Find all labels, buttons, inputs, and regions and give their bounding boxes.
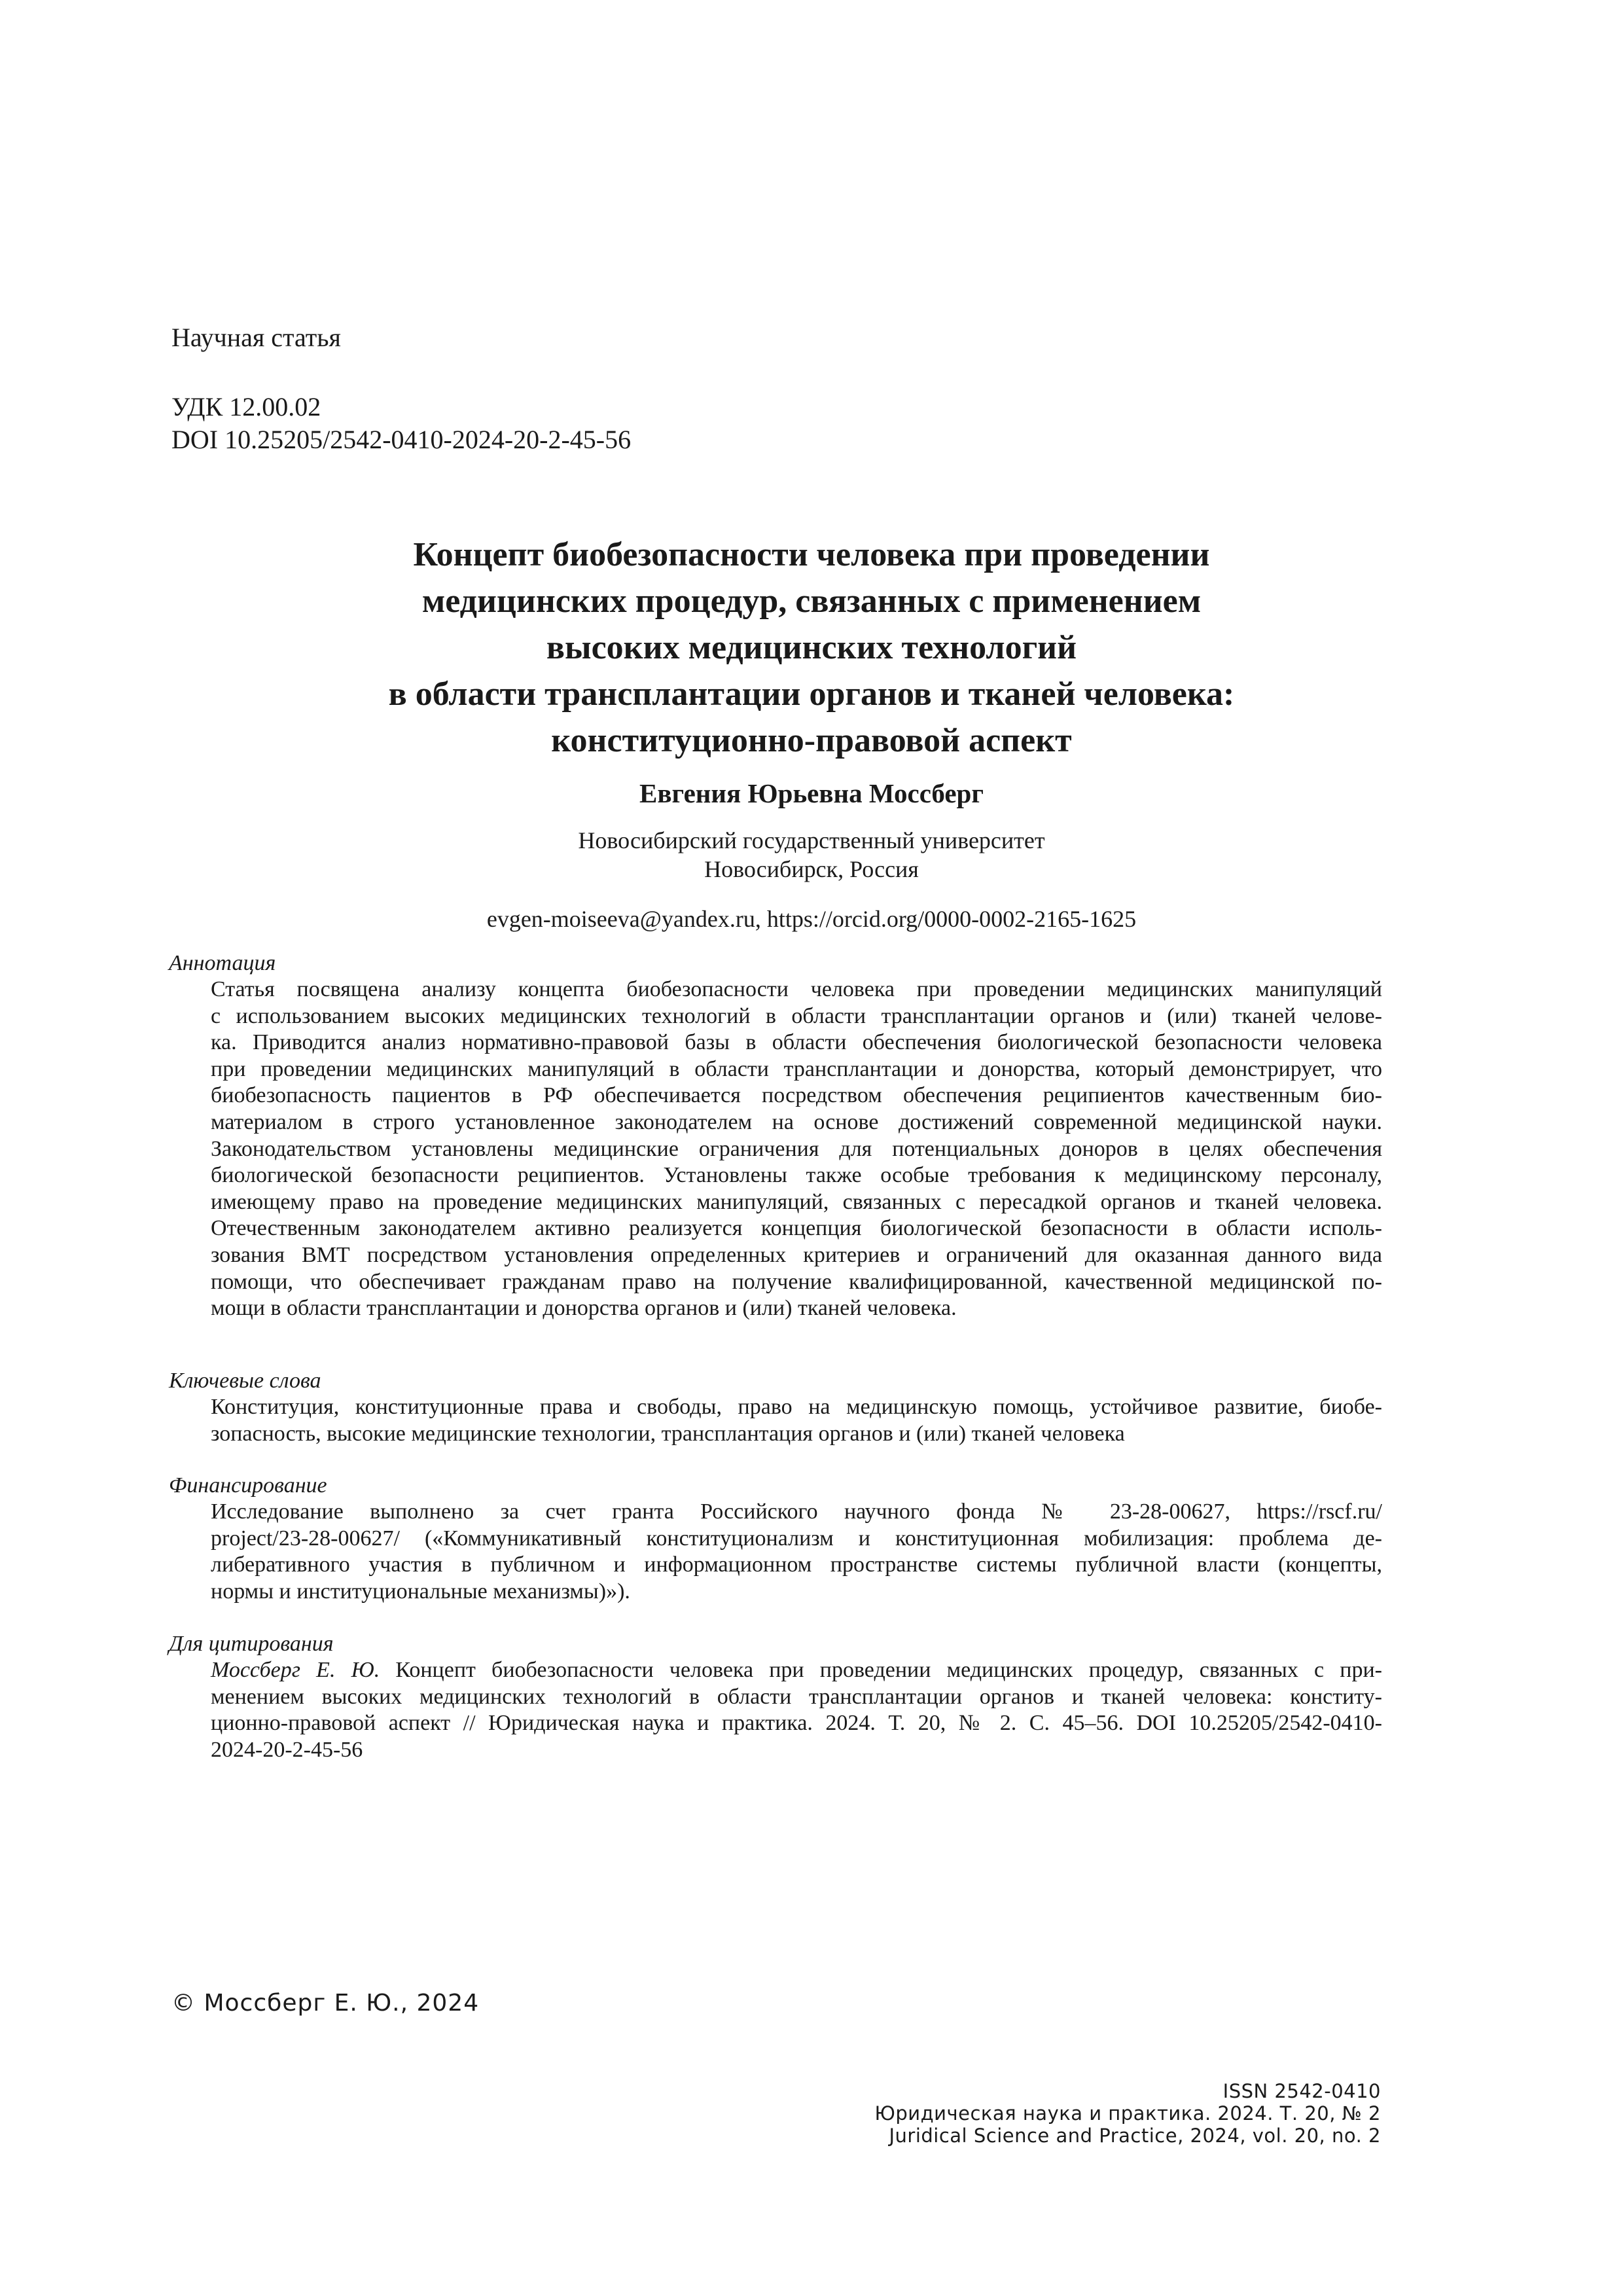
doi: DOI 10.25205/2542-0410-2024-20-2-45-56 bbox=[171, 423, 631, 456]
funding-label: Финансирование bbox=[169, 1473, 327, 1499]
copyright-notice: © Моссберг Е. Ю., 2024 bbox=[171, 1990, 479, 2017]
article-type: Научная статья bbox=[171, 322, 341, 353]
journal-en: Juridical Science and Practice, 2024, vo… bbox=[875, 2125, 1381, 2147]
keywords-body: Конституция, конституционные права и сво… bbox=[211, 1394, 1382, 1447]
issn: ISSN 2542-0410 bbox=[875, 2080, 1381, 2102]
abstract-label: Аннотация bbox=[169, 950, 276, 977]
abstract-line: мощи в области трансплантации и донорств… bbox=[211, 1295, 1382, 1322]
funding-line: нормы и институциональные механизмы)»). bbox=[211, 1579, 1382, 1605]
citation-line: Моссберг Е. Ю. Концепт биобезопасности ч… bbox=[211, 1657, 1382, 1684]
funding-line: project/23-28-00627/ («Коммуникативный к… bbox=[211, 1526, 1382, 1552]
journal-footer: ISSN 2542-0410 Юридическая наука и практ… bbox=[875, 2080, 1381, 2147]
keywords-line: зопасность, высокие медицинские технолог… bbox=[211, 1421, 1382, 1448]
abstract-line: биологической безопасности реципиентов. … bbox=[211, 1162, 1382, 1189]
citation-line: ционно-правовой аспект // Юридическая на… bbox=[211, 1710, 1382, 1737]
location: Новосибирск, Россия bbox=[196, 855, 1427, 884]
abstract-line: с использованием высоких медицинских тех… bbox=[211, 1003, 1382, 1030]
citation-body: Моссберг Е. Ю. Концепт биобезопасности ч… bbox=[211, 1657, 1382, 1763]
title-line: высоких медицинских технологий bbox=[196, 624, 1427, 671]
citation-line: 2024-20-2-45-56 bbox=[211, 1737, 1382, 1764]
abstract-body: Статья посвящена анализу концепта биобез… bbox=[211, 977, 1382, 1322]
abstract-line: ка. Приводится анализ нормативно-правово… bbox=[211, 1030, 1382, 1056]
funding-line: Исследование выполнено за счет гранта Ро… bbox=[211, 1499, 1382, 1526]
citation-author: Моссберг Е. Ю. bbox=[211, 1658, 380, 1682]
abstract-line: при проведении медицинских манипуляций в… bbox=[211, 1056, 1382, 1083]
citation-line: менением высоких медицинских технологий … bbox=[211, 1684, 1382, 1711]
title-line: медицинских процедур, связанных с примен… bbox=[196, 578, 1427, 624]
title-line: Концепт биобезопасности человека при про… bbox=[196, 531, 1427, 578]
funding-body: Исследование выполнено за счет гранта Ро… bbox=[211, 1499, 1382, 1605]
funding-line: либеративного участия в публичном и инфо… bbox=[211, 1552, 1382, 1579]
author-name: Евгения Юрьевна Моссберг bbox=[196, 778, 1427, 809]
keywords-line: Конституция, конституционные права и сво… bbox=[211, 1394, 1382, 1421]
abstract-line: имеющему право на проведение медицинских… bbox=[211, 1189, 1382, 1216]
abstract-line: Законодательством установлены медицински… bbox=[211, 1136, 1382, 1163]
abstract-line: Статья посвящена анализу концепта биобез… bbox=[211, 977, 1382, 1003]
affiliation: Новосибирский государственный университе… bbox=[196, 826, 1427, 884]
journal-ru: Юридическая наука и практика. 2024. Т. 2… bbox=[875, 2102, 1381, 2125]
abstract-line: материалом в строго установленное законо… bbox=[211, 1109, 1382, 1136]
citation-label: Для цитирования bbox=[169, 1631, 334, 1657]
abstract-line: помощи, что обеспечивает гражданам право… bbox=[211, 1269, 1382, 1296]
title-line: конституционно-правовой аспект bbox=[196, 717, 1427, 764]
citation-text: Концепт биобезопасности человека при про… bbox=[380, 1658, 1382, 1682]
title-line: в области трансплантации органов и ткане… bbox=[196, 671, 1427, 717]
abstract-line: биобезопасность пациентов в РФ обеспечив… bbox=[211, 1083, 1382, 1109]
article-title: Концепт биобезопасности человека при про… bbox=[196, 531, 1427, 764]
udc-code: УДК 12.00.02 bbox=[171, 391, 321, 423]
author-contacts: evgen-moiseeva@yandex.ru, https://orcid.… bbox=[196, 905, 1427, 933]
abstract-line: Отечественным законодателем активно реал… bbox=[211, 1215, 1382, 1242]
abstract-line: зования ВМТ посредством установления опр… bbox=[211, 1242, 1382, 1269]
keywords-label: Ключевые слова bbox=[169, 1368, 321, 1394]
institution: Новосибирский государственный университе… bbox=[196, 826, 1427, 855]
